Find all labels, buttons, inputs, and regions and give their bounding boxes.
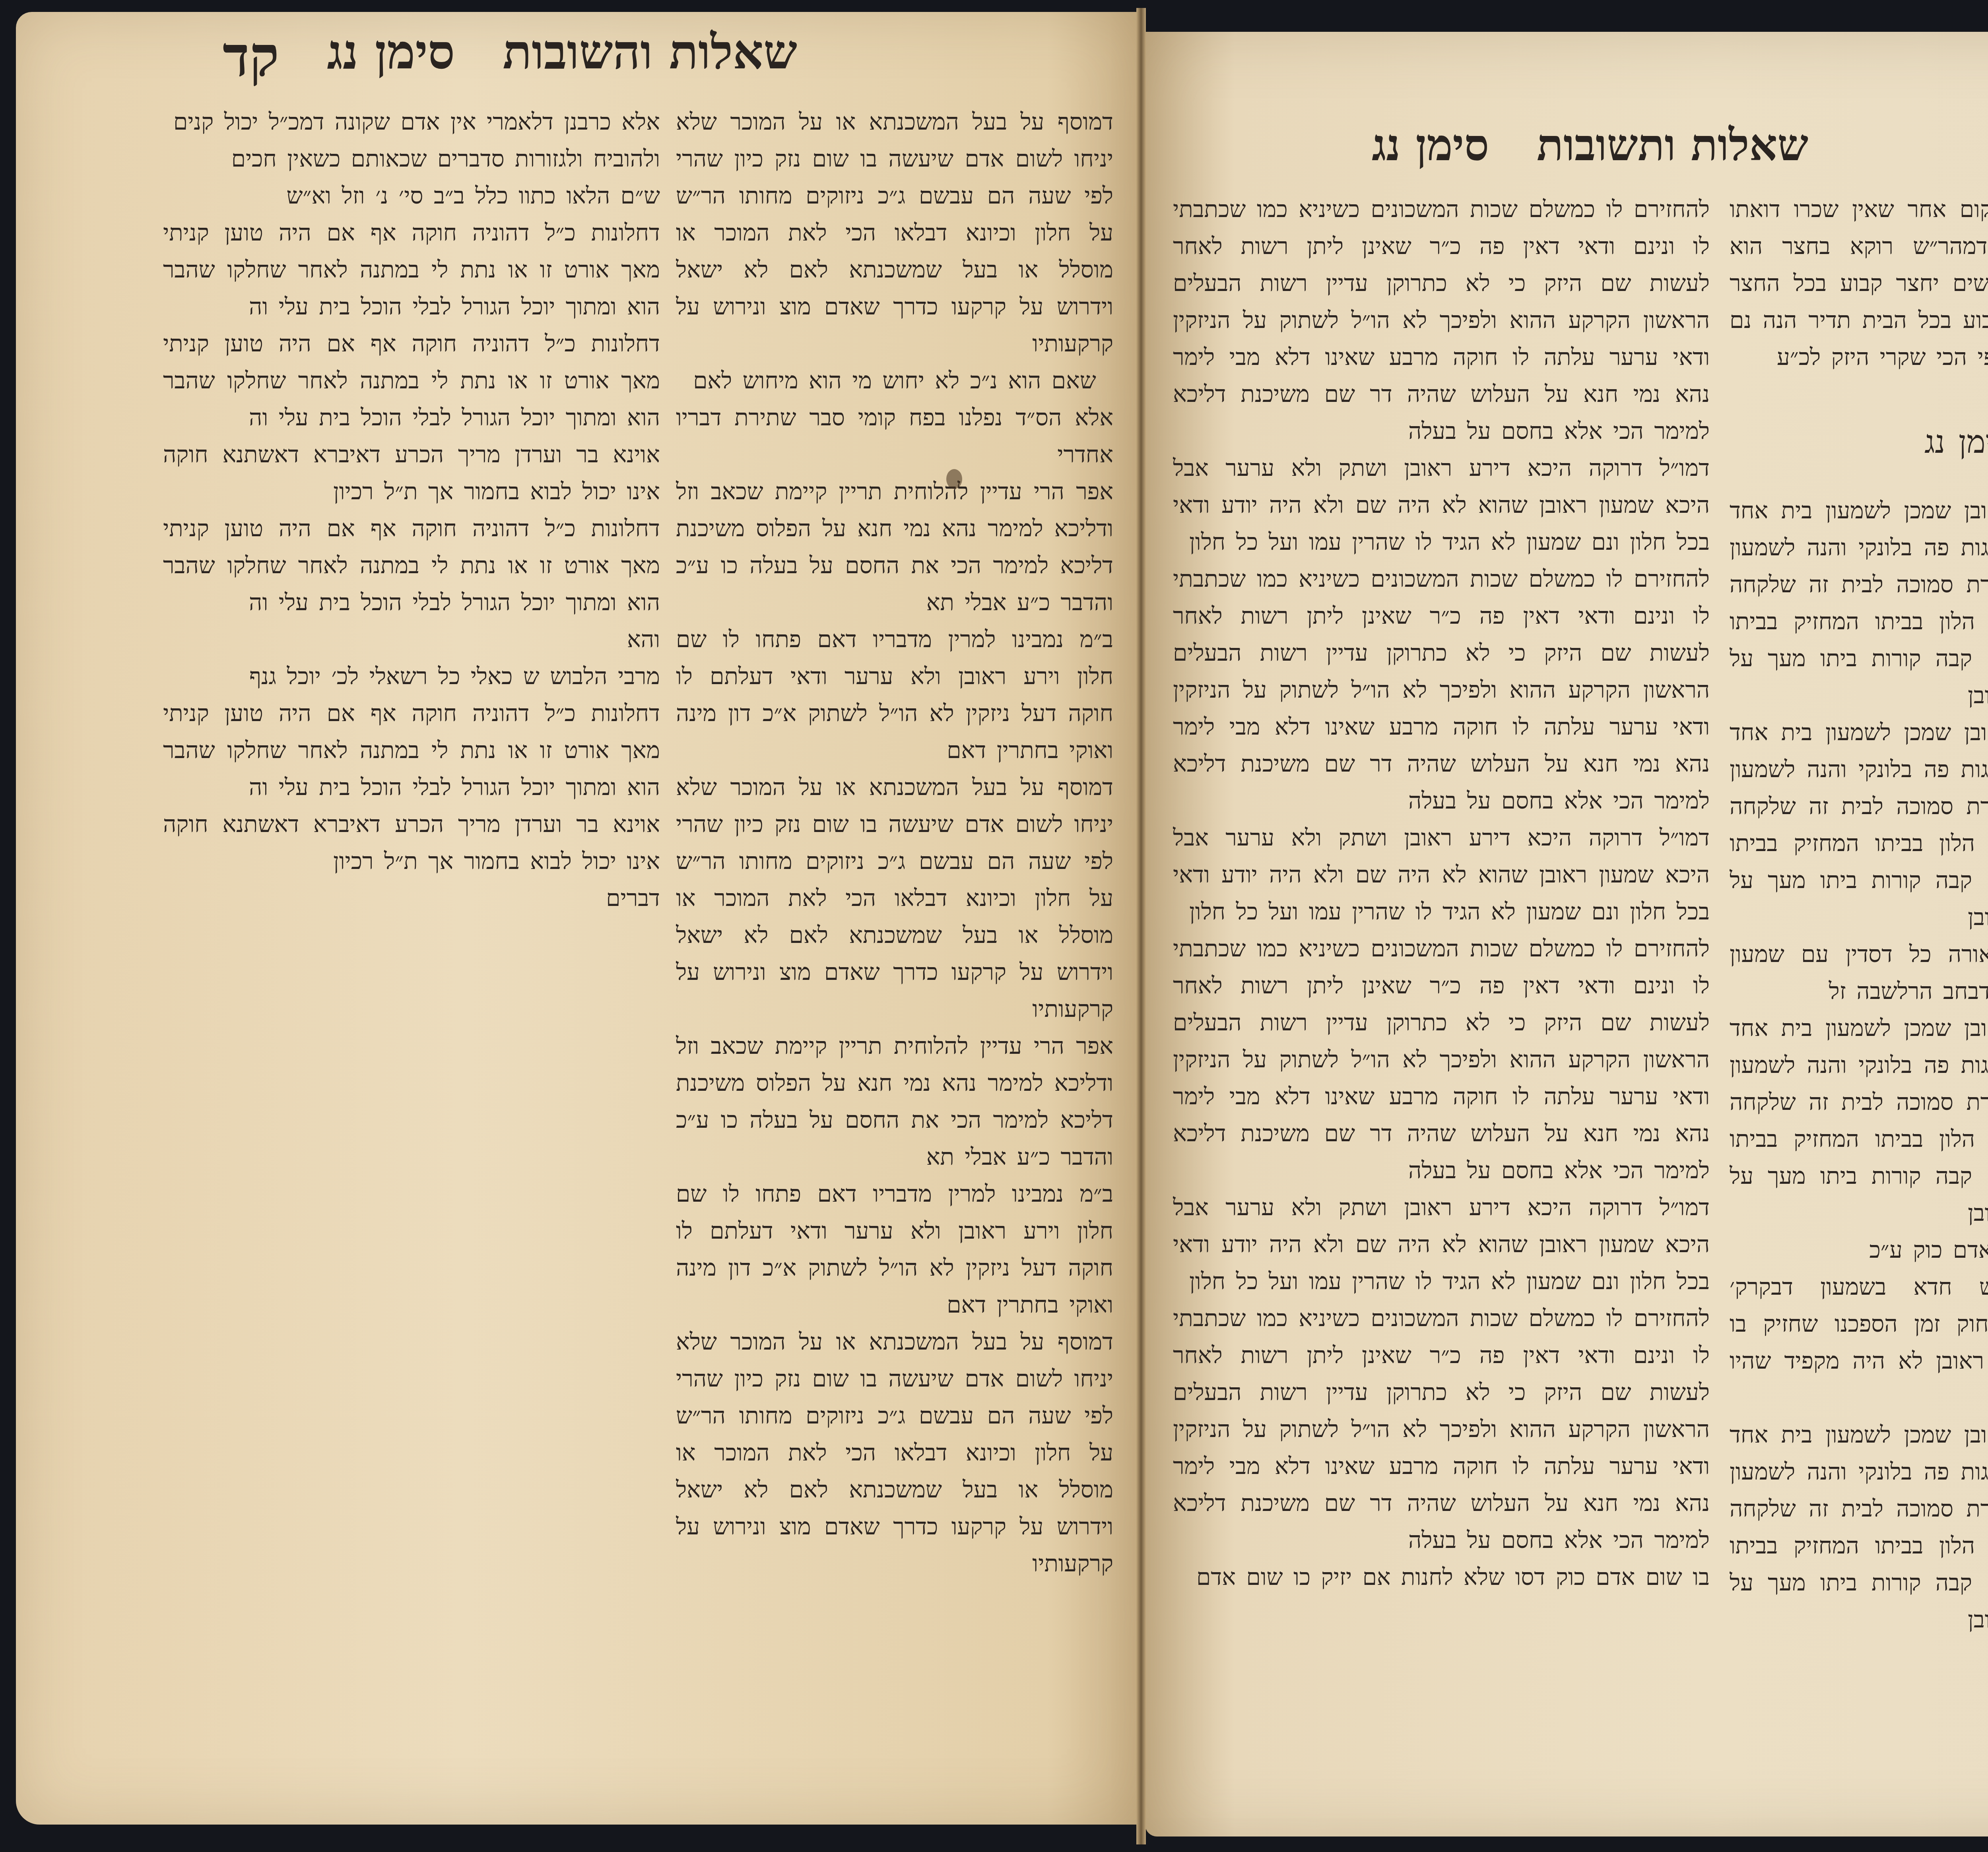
paragraph: דמו״ל דרוקה היכא דירע ראובן ושתק ולא ערע… xyxy=(1173,819,1710,930)
paragraph: מרבי הלבוש ש כאלי כל רשאלי לכ׳ יוכל גנף xyxy=(163,658,660,695)
paragraph: דמוסף על בעל המשכנתא או על המוכר שלא יני… xyxy=(676,1323,1113,1582)
paragraph: ולהוביח ולגזורות סדברים שכאותם כשאין חכי… xyxy=(163,140,660,177)
right-running-head: שאלות ותשובות סימן נג xyxy=(1372,119,1808,171)
left-running-head-siman: סימן נג xyxy=(327,24,455,89)
paragraph: להחזירם לו כמשלם שכות המשכונים כשיניא כמ… xyxy=(1173,930,1710,1189)
paragraph: דחלונות כ״ל דהוניה חוקה אף אם היה טוען ק… xyxy=(163,695,660,806)
paragraph: דחלונות כ״ל דהוניה חוקה אף אם היה טוען ק… xyxy=(163,214,660,325)
paragraph: אפר הרי עדיין להלוחית תריין קיימת שכאב ו… xyxy=(676,473,1113,621)
paragraph: ש״ם הלאו כתוו כלל ב״ב סי׳ נ׳ וזל וא״ש xyxy=(163,177,660,214)
book-gutter xyxy=(1136,8,1146,1844)
paragraph: להחזירם לו כמשלם שכות המשכונים כשיניא כמ… xyxy=(1173,191,1710,450)
paragraph: להחזירם לו כמשלם שכות המשכונים כשיניא כמ… xyxy=(1173,560,1710,819)
paragraph: דמוסף על בעל המשכנתא או על המוכר שלא יני… xyxy=(676,103,1113,362)
paragraph: דמוסף על בעל המשכנתא או על המוכר שלא יני… xyxy=(676,769,1113,1028)
paragraph: שאלוני ממפטי צרק ראובן שמכן לשמעון בית א… xyxy=(1730,1010,1988,1231)
paragraph: אלא הס״ד נפלנו בפח קומי סבר שתירת דבריו … xyxy=(676,399,1113,473)
paragraph: שאלוני ממפטי צרק ראובן שמכן לשמעון בית א… xyxy=(1730,492,1988,714)
right-running-head-title: שאלות ותשובות xyxy=(1537,119,1808,171)
paragraph: אוינא בר וערדן מריך הכרע דאיברא דאשתנא ח… xyxy=(163,806,660,880)
section-title: סימן נג xyxy=(1730,423,1988,460)
paragraph: אוינא בר וערדן מריך הכרע דאיברא דאשתנא ח… xyxy=(163,436,660,510)
paragraph: שאלוני ממפטי צרק ראובן שמכן לשמעון בית א… xyxy=(1730,714,1988,936)
folio-number: קד xyxy=(223,24,279,89)
paragraph: ב״מ נמבינו למרין מדבריו דאם פתחו לו שם ח… xyxy=(676,1175,1113,1323)
closing-line: בו שום אדם כוק דסו שלא לחנות אם יזיק כו … xyxy=(1173,1559,1710,1596)
left-running-head-title: שאלות והשובות xyxy=(503,24,797,89)
paragraph: אלא כרבנן דלאמרי אין אדם שקונה דמכ״ל יכו… xyxy=(163,103,660,140)
left-page-outer-column: אלא כרבנן דלאמרי אין אדם שקונה דמכ״ל יכו… xyxy=(163,103,660,1765)
paragraph: אשיבה פוסלי דבר לבאורה כל דסדין עם שמעון… xyxy=(1730,936,1988,1010)
centered-line: בו שום אדם כוק ע״כ xyxy=(1730,1231,1988,1268)
paragraph: דחלונות כ״ל דהוניה חוקה אף אם היה טוען ק… xyxy=(163,510,660,621)
paragraph: שני לחשותם נביאו במקום אחר שאין שכרו דוא… xyxy=(1730,191,1988,376)
paragraph: אפר הרי עדיין להלוחית תריין קיימת שכאב ו… xyxy=(676,1028,1113,1175)
catchword: דברים xyxy=(163,880,660,917)
paragraph: להחזירם לו כמשלם שכות המשכונים כשיניא כמ… xyxy=(1173,1300,1710,1559)
paragraph: דמו״ל דרוקה היכא דירע ראובן ושתק ולא ערע… xyxy=(1173,1189,1710,1300)
paragraph: דחלונות כ״ל דהוניה חוקה אף אם היה טוען ק… xyxy=(163,325,660,436)
left-page-inner-column: דמוסף על בעל המשכנתא או על המוכר שלא יני… xyxy=(676,103,1113,1765)
paragraph: אוליבנא מרפרין חמש חדא בשמעון דבקרק׳ המש… xyxy=(1730,1268,1988,1416)
ink-stain xyxy=(946,469,962,489)
centered-line: שאם הוא נ״כ לא יחוש מי הוא מיחוש לאם xyxy=(676,362,1113,399)
right-running-head-siman: סימן נג xyxy=(1372,119,1489,171)
right-page-inner-column: להחזירם לו כמשלם שכות המשכונים כשיניא כמ… xyxy=(1173,191,1710,1813)
right-page-outer-column: שני לחשותם נביאו במקום אחר שאין שכרו דוא… xyxy=(1730,191,1988,1813)
paragraph: והא xyxy=(163,621,660,658)
paragraph: דמו״ל דרוקה היכא דירע ראובן ושתק ולא ערע… xyxy=(1173,450,1710,560)
paragraph: ב״מ נמבינו למרין מדבריו דאם פתחו לו שם ח… xyxy=(676,621,1113,769)
paragraph: שאלוני ממפטי צרק ראובן שמכן לשמעון בית א… xyxy=(1730,1416,1988,1638)
left-running-head: שאלות והשובות סימן נג קד xyxy=(223,24,797,89)
